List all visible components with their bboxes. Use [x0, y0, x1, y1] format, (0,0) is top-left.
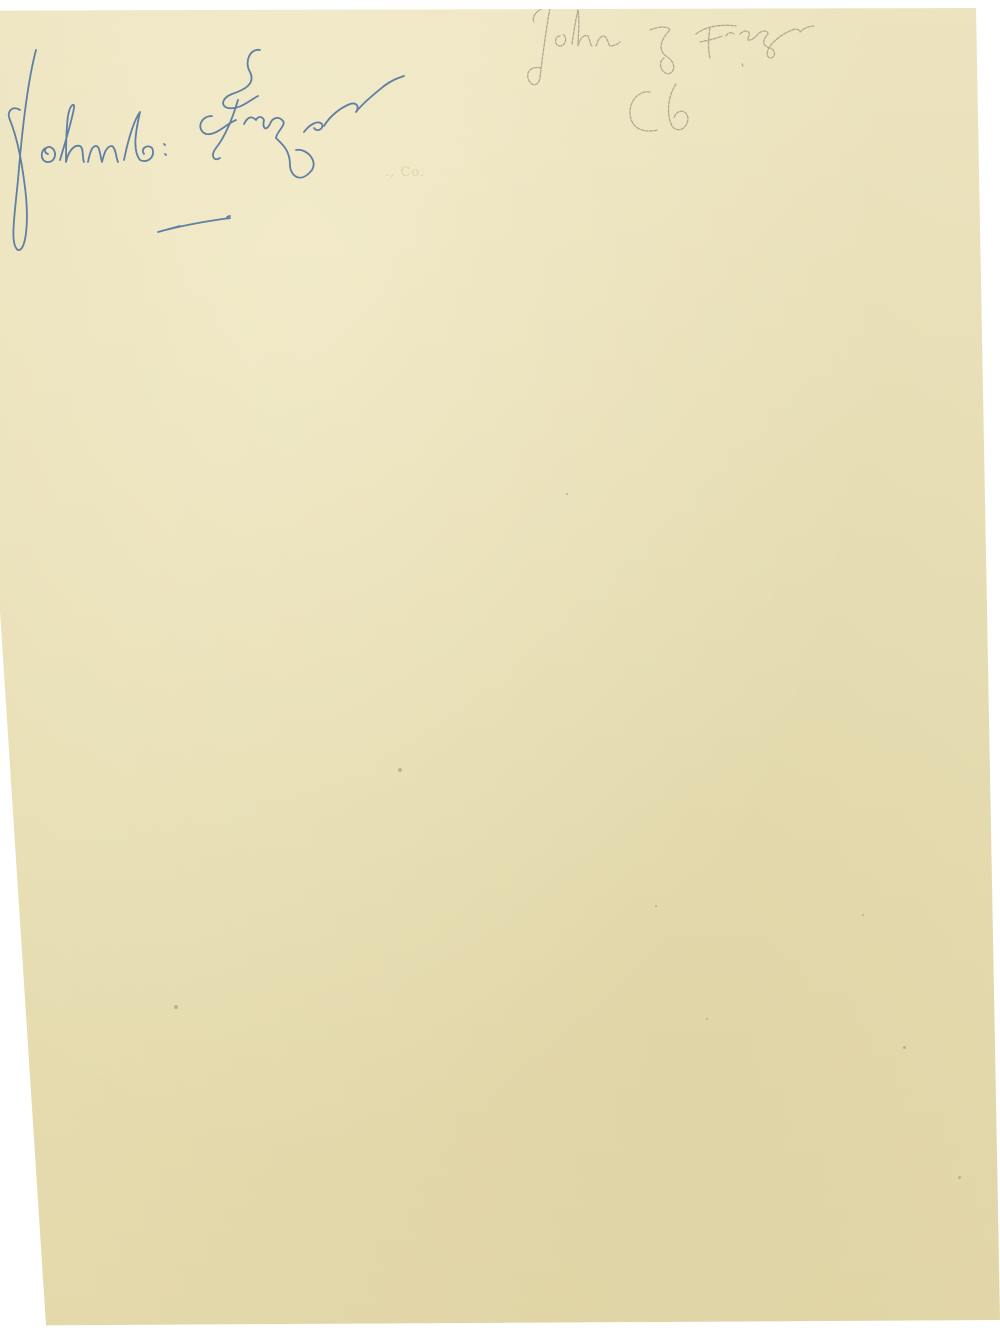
paper-speck	[566, 493, 568, 495]
pencil-writing-drawing	[500, 0, 860, 150]
endpaper-page: ., Co. John C. Frazer	[0, 0, 1000, 1328]
pencil-note-text: C6	[0, 0, 1, 1]
ink-signature-text: John C. Frazer	[0, 0, 1, 1]
paper-speck	[903, 1046, 906, 1049]
pencil-signature-text: John J Frazer	[0, 0, 1, 1]
paper-speck	[958, 1176, 961, 1179]
paper-speck	[174, 1005, 178, 1009]
paper-speck	[706, 1018, 708, 1020]
paper-speck	[862, 914, 864, 916]
ink-arrow-icon: ←	[0, 0, 1, 1]
ink-signature-drawing	[0, 20, 420, 260]
paper-speck	[655, 905, 657, 907]
paper-speck	[398, 768, 402, 772]
